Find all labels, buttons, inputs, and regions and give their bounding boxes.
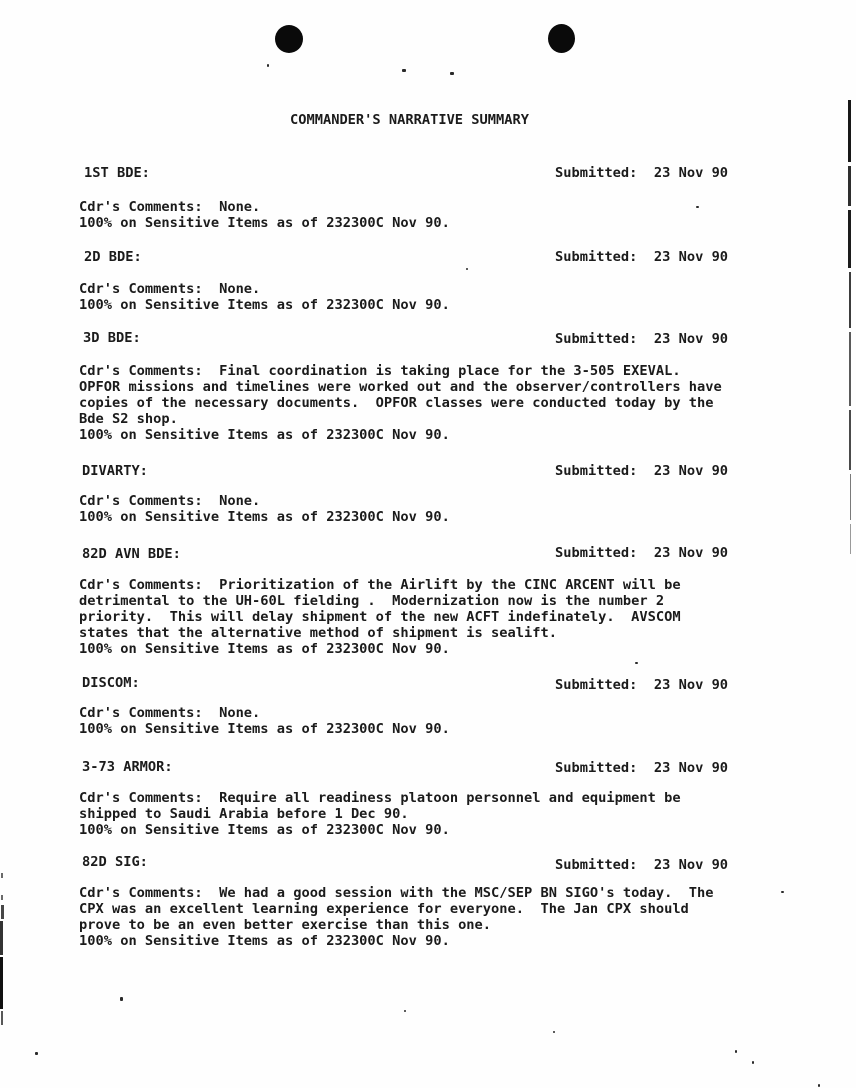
comment-line: 100% on Sensitive Items as of 232300C No… xyxy=(79,509,450,525)
comment-line: 100% on Sensitive Items as of 232300C No… xyxy=(79,215,450,231)
scan-speck xyxy=(818,1084,820,1087)
scan-artifact-right-edge xyxy=(850,524,851,554)
comment-line: 100% on Sensitive Items as of 232300C No… xyxy=(79,933,450,949)
scan-speck xyxy=(402,69,406,72)
scan-artifact-left-edge xyxy=(1,873,3,878)
section-title: DISCOM: xyxy=(82,675,140,691)
submitted-stamp: Submitted: 23 Nov 90 xyxy=(555,677,728,693)
comment-line: Cdr's Comments: None. xyxy=(79,493,260,509)
section-title: 1ST BDE: xyxy=(84,165,150,181)
page-title: COMMANDER'S NARRATIVE SUMMARY xyxy=(290,112,529,128)
scan-speck xyxy=(120,997,123,1001)
section-title: DIVARTY: xyxy=(82,463,148,479)
scan-artifact-left-edge xyxy=(1,905,4,919)
scan-artifact-left-edge xyxy=(0,921,3,955)
submitted-stamp: Submitted: 23 Nov 90 xyxy=(555,760,728,776)
scan-artifact-right-edge xyxy=(849,272,851,328)
submitted-stamp: Submitted: 23 Nov 90 xyxy=(555,249,728,265)
scan-speck xyxy=(404,1010,406,1012)
scan-artifact-right-edge xyxy=(848,210,851,268)
section-title: 3-73 ARMOR: xyxy=(82,759,173,775)
scan-artifact-left-edge xyxy=(1,1011,3,1025)
comment-line: shipped to Saudi Arabia before 1 Dec 90. xyxy=(79,806,409,822)
hole-punch-left-icon xyxy=(275,25,303,53)
comment-line: OPFOR missions and timelines were worked… xyxy=(79,379,722,395)
scan-artifact-right-edge xyxy=(848,166,851,206)
scanned-document-page: COMMANDER'S NARRATIVE SUMMARY 1ST BDE: S… xyxy=(0,0,856,1088)
comment-line: states that the alternative method of sh… xyxy=(79,625,557,641)
scan-speck xyxy=(752,1061,754,1064)
section-title: 2D BDE: xyxy=(84,249,142,265)
comment-line: 100% on Sensitive Items as of 232300C No… xyxy=(79,822,450,838)
comment-line: prove to be an even better exercise than… xyxy=(79,917,491,933)
section-title: 82D AVN BDE: xyxy=(82,546,181,562)
scan-artifact-left-edge xyxy=(0,957,3,1009)
comment-line: 100% on Sensitive Items as of 232300C No… xyxy=(79,721,450,737)
scan-artifact-right-edge xyxy=(849,410,851,470)
scan-artifact-right-edge xyxy=(850,474,851,520)
scan-speck xyxy=(466,268,468,270)
comment-line: Cdr's Comments: None. xyxy=(79,281,260,297)
comment-line: Cdr's Comments: Final coordination is ta… xyxy=(79,363,681,379)
submitted-stamp: Submitted: 23 Nov 90 xyxy=(555,463,728,479)
section-title: 3D BDE: xyxy=(83,330,141,346)
comment-line: 100% on Sensitive Items as of 232300C No… xyxy=(79,641,450,657)
comment-line: Cdr's Comments: None. xyxy=(79,705,260,721)
scan-speck xyxy=(735,1050,737,1053)
comment-line: Cdr's Comments: Prioritization of the Ai… xyxy=(79,577,681,593)
scan-speck xyxy=(35,1052,38,1055)
comment-line: Cdr's Comments: None. xyxy=(79,199,260,215)
hole-punch-right-icon xyxy=(548,24,575,53)
submitted-stamp: Submitted: 23 Nov 90 xyxy=(555,545,728,561)
comment-line: 100% on Sensitive Items as of 232300C No… xyxy=(79,297,450,313)
scan-artifact-right-edge xyxy=(848,100,851,162)
comment-line: CPX was an excellent learning experience… xyxy=(79,901,689,917)
comment-line: Cdr's Comments: Require all readiness pl… xyxy=(79,790,681,806)
submitted-stamp: Submitted: 23 Nov 90 xyxy=(555,857,728,873)
scan-speck xyxy=(696,206,699,208)
comment-line: Cdr's Comments: We had a good session wi… xyxy=(79,885,714,901)
section-title: 82D SIG: xyxy=(82,854,148,870)
scan-speck xyxy=(635,662,638,664)
scan-artifact-left-edge xyxy=(1,895,3,900)
scan-speck xyxy=(267,64,269,67)
comment-line: priority. This will delay shipment of th… xyxy=(79,609,681,625)
submitted-stamp: Submitted: 23 Nov 90 xyxy=(555,165,728,181)
scan-speck xyxy=(553,1031,555,1033)
comment-line: copies of the necessary documents. OPFOR… xyxy=(79,395,714,411)
scan-speck xyxy=(781,891,784,893)
comment-line: 100% on Sensitive Items as of 232300C No… xyxy=(79,427,450,443)
comment-line: Bde S2 shop. xyxy=(79,411,178,427)
scan-artifact-right-edge xyxy=(849,332,851,406)
submitted-stamp: Submitted: 23 Nov 90 xyxy=(555,331,728,347)
scan-speck xyxy=(450,72,454,75)
comment-line: detrimental to the UH-60L fielding . Mod… xyxy=(79,593,664,609)
